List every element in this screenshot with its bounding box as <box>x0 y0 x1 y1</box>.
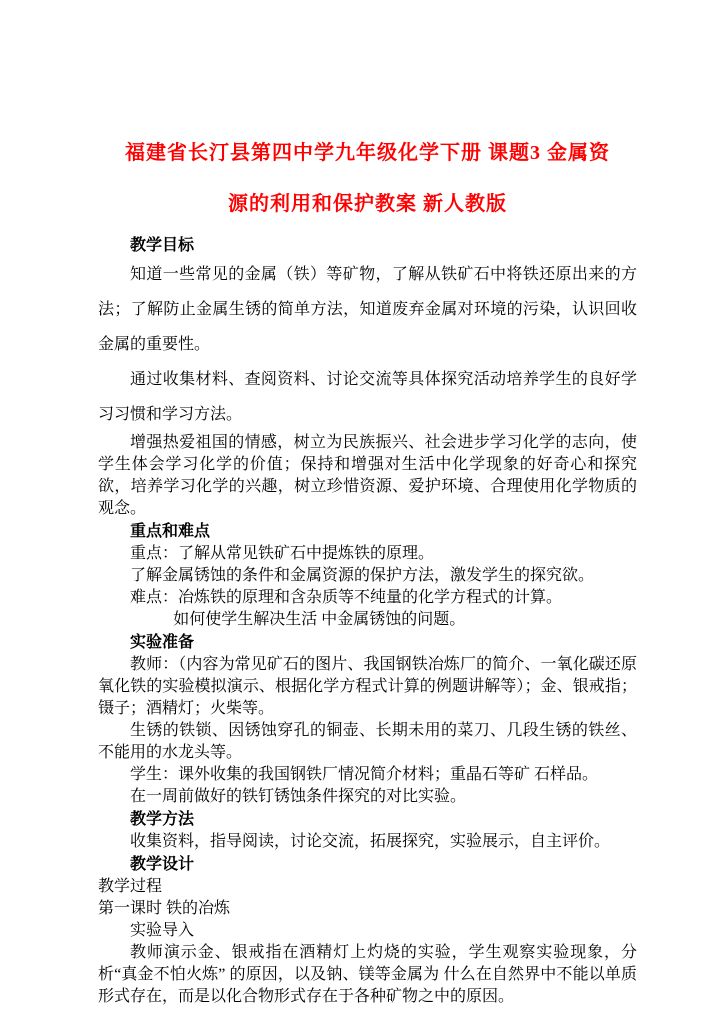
line-teaching-method-list: 收集资料，指导阅读，讨论交流，拓展探究，实验展示，自主评价。 <box>98 831 637 853</box>
document-title: 福建省长汀县第四中学九年级化学下册 课题3 金属资 源的利用和保护教案 新人教版 <box>98 128 637 230</box>
heading-experiment-preparation: 实验准备 <box>98 631 637 654</box>
line-difficult-point-2: 如何使学生解决生活 中金属锈蚀的问题。 <box>98 609 637 631</box>
document-page: 福建省长汀县第四中学九年级化学下册 课题3 金属资 源的利用和保护教案 新人教版… <box>0 0 725 1024</box>
line-key-point-2: 了解金属锈蚀的条件和金属资源的保护方法，激发学生的探究欲。 <box>98 565 637 587</box>
line-difficult-point-1: 难点：冶炼铁的原理和含杂质等不纯量的化学方程式的计算。 <box>98 587 637 609</box>
line-advance-experiment: 在一周前做好的铁钉锈蚀条件探究的对比实验。 <box>98 786 637 808</box>
para-objective-emotion: 增强热爱祖国的情感，树立为民族振兴、社会进步学习化学的志向，使学生体会学习化学的… <box>98 432 637 520</box>
para-demo-experiment: 教师演示金、银戒指在酒精灯上灼烧的实验，学生观察实验现象，分析“真金不怕火炼” … <box>98 942 637 1008</box>
para-objective-process: 通过收集材料、查阅资料、讨论交流等具体探究活动培养学生的良好学习习惯和学习方法。 <box>98 362 637 432</box>
para-teacher-preparation: 教师：（内容为常见矿石的图片、我国钢铁冶炼厂的简介、一氧化碳还原氧化铁的实验模拟… <box>98 654 637 720</box>
line-teaching-process: 教学过程 <box>98 876 637 898</box>
para-objective-knowledge: 知道一些常见的金属（铁）等矿物，了解从铁矿石中将铁还原出来的方法；了解防止金属生… <box>98 257 637 362</box>
heading-teaching-objectives: 教学目标 <box>98 234 637 257</box>
heading-key-and-difficult-points: 重点和难点 <box>98 520 637 543</box>
heading-teaching-method: 教学方法 <box>98 808 637 831</box>
doc-title-line-2: 源的利用和保护教案 新人教版 <box>98 179 637 230</box>
para-rusty-objects: 生锈的铁锁、因锈蚀穿孔的铜壶、长期未用的菜刀、几段生锈的铁丝、不能用的水龙头等。 <box>98 720 637 764</box>
line-experiment-intro: 实验导入 <box>98 920 637 942</box>
line-lesson-one-title: 第一课时 铁的冶炼 <box>98 898 637 920</box>
line-key-point-1: 重点：了解从常见铁矿石中提炼铁的原理。 <box>98 543 637 565</box>
heading-teaching-design: 教学设计 <box>98 853 637 876</box>
line-student-preparation: 学生：课外收集的我国钢铁厂情况简介材料；重晶石等矿 石样品。 <box>98 764 637 786</box>
doc-title-line-1: 福建省长汀县第四中学九年级化学下册 课题3 金属资 <box>98 128 637 179</box>
